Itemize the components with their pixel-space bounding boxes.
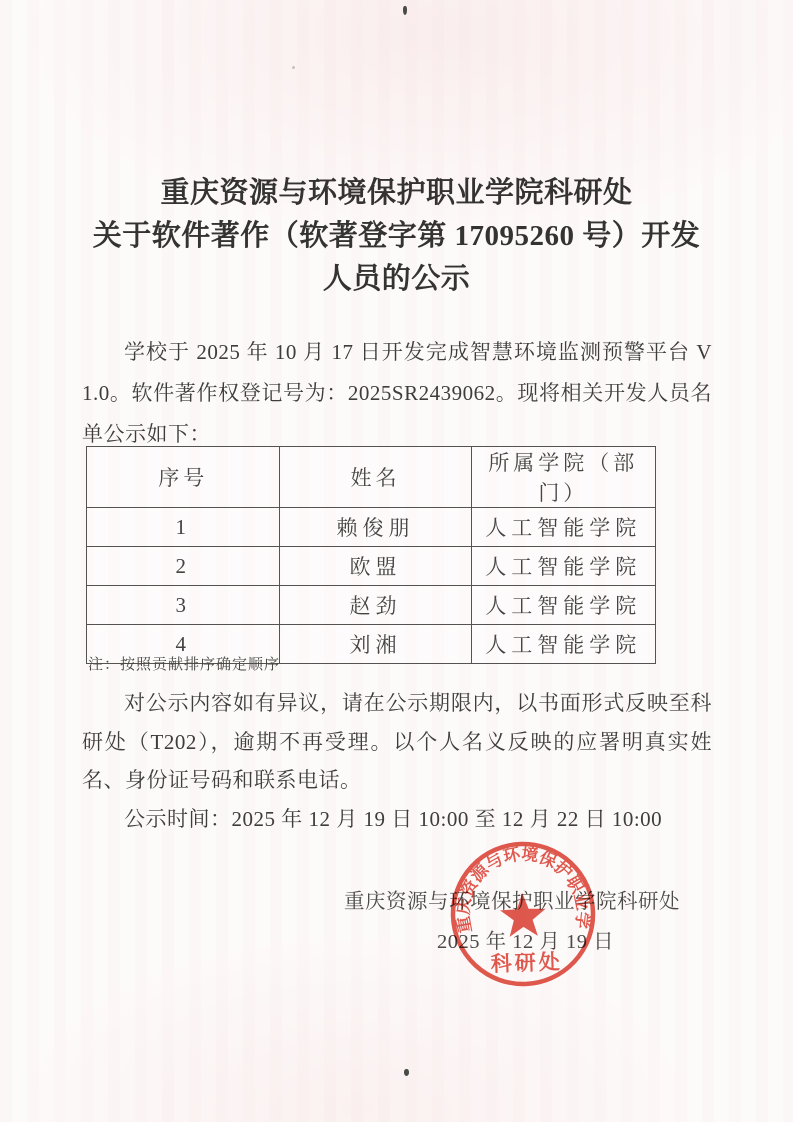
title-line-3: 人员的公示 xyxy=(0,258,793,301)
table-cell: 赖俊朋 xyxy=(280,508,471,547)
developers-table: 序号姓名所属学院（部门）1赖俊朋人工智能学院2欧盟人工智能学院3赵劲人工智能学院… xyxy=(86,446,656,664)
table-header-cell: 所属学院（部门） xyxy=(471,447,655,508)
seal-graphic: 重庆资源与环境保护职业学院 科研处 xyxy=(445,836,600,991)
seal-bottom-text: 科研处 xyxy=(490,950,563,976)
title-line-1: 重庆资源与环境保护职业学院科研处 xyxy=(0,172,793,215)
table-row: 2欧盟人工智能学院 xyxy=(87,547,656,586)
table-cell: 赵劲 xyxy=(280,586,471,625)
objection-paragraph: 对公示内容如有异议，请在公示期限内，以书面形式反映至科研处（T202），逾期不再… xyxy=(82,684,712,800)
table-row: 3赵劲人工智能学院 xyxy=(87,586,656,625)
ink-speck-top xyxy=(403,6,407,15)
ink-speck-bottom xyxy=(404,1069,409,1076)
table-cell: 人工智能学院 xyxy=(471,586,655,625)
document-page: 重庆资源与环境保护职业学院科研处 关于软件著作（软著登字第 17095260 号… xyxy=(0,0,793,1122)
table-cell: 人工智能学院 xyxy=(471,508,655,547)
publicity-period: 公示时间：2025 年 12 月 19 日 10:00 至 12 月 22 日 … xyxy=(82,803,722,833)
table-header-cell: 姓名 xyxy=(280,447,471,508)
table-header-row: 序号姓名所属学院（部门） xyxy=(87,447,656,508)
table-cell: 人工智能学院 xyxy=(471,547,655,586)
footnote: 注：按照贡献排序确定顺序 xyxy=(88,653,280,674)
ink-speck-faint xyxy=(292,66,295,69)
table-cell: 1 xyxy=(87,508,280,547)
table-row: 1赖俊朋人工智能学院 xyxy=(87,508,656,547)
table-cell: 刘湘 xyxy=(280,625,471,664)
notice-title: 重庆资源与环境保护职业学院科研处 关于软件著作（软著登字第 17095260 号… xyxy=(0,172,793,301)
intro-paragraph: 学校于 2025 年 10 月 17 日开发完成智慧环境监测预警平台 V1.0。… xyxy=(82,332,712,455)
table-cell: 3 xyxy=(87,586,280,625)
seal-star-icon xyxy=(499,892,546,937)
table-header-cell: 序号 xyxy=(87,447,280,508)
title-line-2: 关于软件著作（软著登字第 17095260 号）开发 xyxy=(0,215,793,258)
table-cell: 欧盟 xyxy=(280,547,471,586)
table-cell: 2 xyxy=(87,547,280,586)
official-seal: 重庆资源与环境保护职业学院 科研处 xyxy=(445,836,600,991)
table-cell: 人工智能学院 xyxy=(471,625,655,664)
